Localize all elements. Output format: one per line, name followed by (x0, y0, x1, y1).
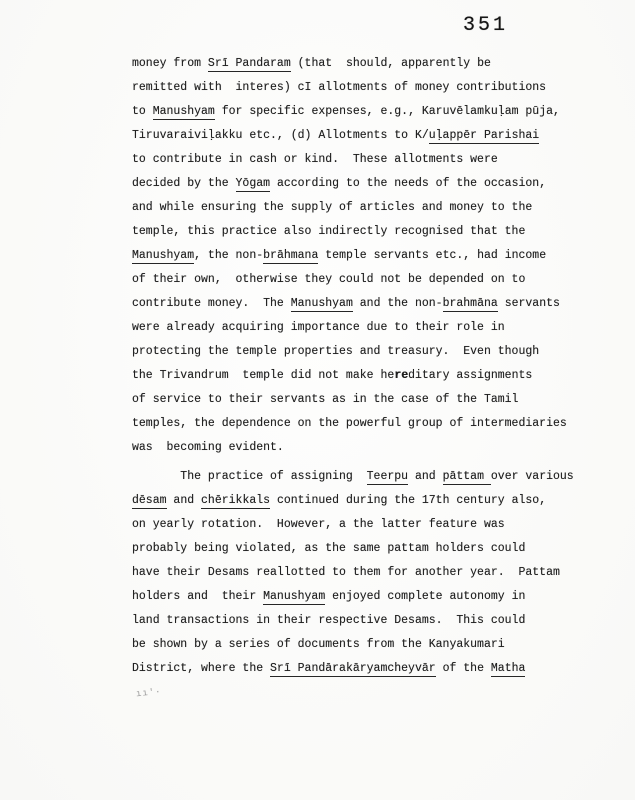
text-segment: was becoming evident. (132, 441, 284, 454)
text-segment: over various (491, 470, 574, 483)
text-line: Manushyam, the non-brāhmana temple serva… (132, 244, 602, 268)
text-line: and while ensuring the supply of article… (132, 196, 602, 220)
text-segment: Manushyam (132, 249, 194, 264)
text-line: were already acquiring importance due to… (132, 316, 602, 340)
text-segment: and while ensuring the supply of article… (132, 201, 532, 214)
text-line: of their own, otherwise they could not b… (132, 268, 602, 292)
text-segment: of the (436, 662, 491, 675)
text-segment: Manushyam (153, 105, 215, 120)
text-segment: enjoyed complete autonomy in (325, 590, 525, 603)
text-segment: protecting the temple properties and tre… (132, 345, 539, 358)
text-line: land transactions in their respective De… (132, 609, 602, 633)
text-segment: continued during the 17th century also, (270, 494, 546, 507)
text-line: probably being violated, as the same pat… (132, 537, 602, 561)
text-segment: temples, the dependence on the powerful … (132, 417, 567, 430)
text-segment: pāttam (443, 470, 491, 485)
ink-smudge: ıı'· (136, 687, 163, 700)
text-segment: ditary assignments (408, 369, 532, 382)
text-segment: decided by the (132, 177, 236, 190)
text-segment: temple servants etc., had income (318, 249, 546, 262)
paragraph: money from Srī Pandaram (that should, ap… (132, 52, 602, 460)
paragraph: The practice of assigning Teerpu and pāt… (132, 465, 602, 681)
text-segment: money from (132, 57, 208, 70)
text-segment: be shown by a series of documents from t… (132, 638, 505, 651)
text-line: decided by the Yōgam according to the ne… (132, 172, 602, 196)
text-segment: to contribute in cash or kind. These all… (132, 153, 498, 166)
text-segment: contribute money. The (132, 297, 291, 310)
text-segment: The practice of assigning (132, 470, 367, 483)
text-line: temple, this practice also indirectly re… (132, 220, 602, 244)
document-page: 351 money from Srī Pandaram (that should… (0, 0, 635, 800)
text-line: have their Desams reallotted to them for… (132, 561, 602, 585)
text-segment: the Trivandrum temple did not make he (132, 369, 394, 382)
text-segment: on yearly rotation. However, a the latte… (132, 518, 505, 531)
text-segment: were already acquiring importance due to… (132, 321, 505, 334)
text-line: Tiruvaraiviḷakku etc., (d) Allotments to… (132, 124, 602, 148)
text-segment: to (132, 105, 153, 118)
text-segment: District, where the (132, 662, 270, 675)
text-line: be shown by a series of documents from t… (132, 633, 602, 657)
text-line: to Manushyam for specific expenses, e.g.… (132, 100, 602, 124)
page-number: 351 (463, 14, 508, 37)
text-segment: (that should, apparently be (291, 57, 491, 70)
text-segment: Matha (491, 662, 526, 677)
text-segment: according to the needs of the occasion, (270, 177, 546, 190)
text-segment: Srī Pandaram (208, 57, 291, 72)
text-segment: uḷappēr Parishai (429, 129, 539, 144)
text-segment: probably being violated, as the same pat… (132, 542, 525, 555)
text-segment: brahmāna (443, 297, 498, 312)
text-segment: Manushyam (291, 297, 353, 312)
text-line: dēsam and chērikkals continued during th… (132, 489, 602, 513)
text-line: remitted with interes) cI allotments of … (132, 76, 602, 100)
text-segment: , the non- (194, 249, 263, 262)
text-line: contribute money. The Manushyam and the … (132, 292, 602, 316)
text-segment: Teerpu (367, 470, 408, 485)
text-segment: and the non- (353, 297, 443, 310)
text-segment: brāhmana (263, 249, 318, 264)
text-line: temples, the dependence on the powerful … (132, 412, 602, 436)
text-line: holders and their Manushyam enjoyed comp… (132, 585, 602, 609)
text-line: the Trivandrum temple did not make hered… (132, 364, 602, 388)
text-line: protecting the temple properties and tre… (132, 340, 602, 364)
text-segment: Yōgam (236, 177, 271, 192)
text-segment: holders and their (132, 590, 263, 603)
text-segment: for specific expenses, e.g., Karuvēlamku… (215, 105, 560, 118)
text-segment: and (167, 494, 202, 507)
text-segment: remitted with interes) cI allotments of … (132, 81, 546, 94)
text-line: was becoming evident. (132, 436, 602, 460)
text-line: to contribute in cash or kind. These all… (132, 148, 602, 172)
text-segment: temple, this practice also indirectly re… (132, 225, 525, 238)
text-line: District, where the Srī Pandārakāryamche… (132, 657, 602, 681)
text-segment: have their Desams reallotted to them for… (132, 566, 560, 579)
text-segment: re (394, 369, 408, 382)
text-segment: Manushyam (263, 590, 325, 605)
text-segment: of their own, otherwise they could not b… (132, 273, 525, 286)
text-segment: land transactions in their respective De… (132, 614, 525, 627)
text-segment: dēsam (132, 494, 167, 509)
text-line: of service to their servants as in the c… (132, 388, 602, 412)
text-segment: servants (498, 297, 560, 310)
text-segment: and (408, 470, 443, 483)
text-segment: chērikkals (201, 494, 270, 509)
text-line: The practice of assigning Teerpu and pāt… (132, 465, 602, 489)
page-body: money from Srī Pandaram (that should, ap… (132, 52, 602, 681)
text-segment: of service to their servants as in the c… (132, 393, 518, 406)
text-segment: Tiruvaraiviḷakku etc., (d) Allotments to… (132, 129, 429, 142)
text-line: on yearly rotation. However, a the latte… (132, 513, 602, 537)
text-line: money from Srī Pandaram (that should, ap… (132, 52, 602, 76)
text-segment: Srī Pandārakāryamcheyvār (270, 662, 436, 677)
